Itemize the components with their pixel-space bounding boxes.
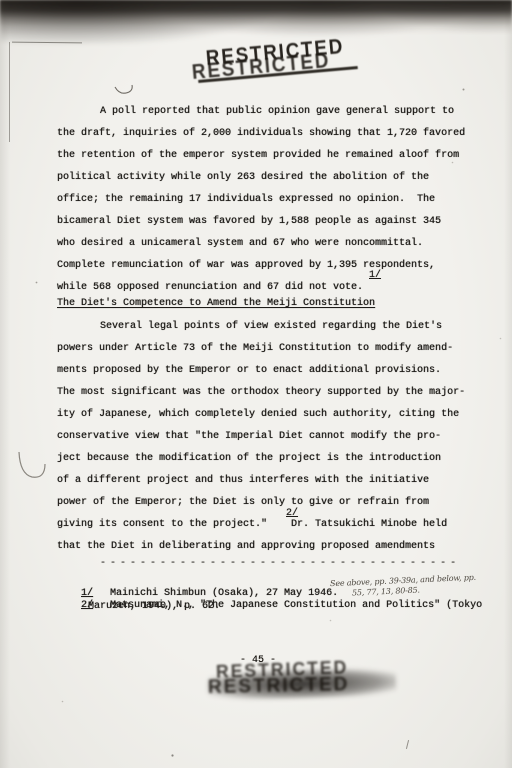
stamp-text: RESTRICTED [191, 49, 331, 85]
paper-specks [0, 0, 1, 1]
footnote-ref-1: 1/ [369, 270, 381, 281]
scan-smudge-band-overlay [0, 0, 512, 44]
scanned-document-page: RESTRICTED RESTRICTED A poll reported th… [0, 0, 512, 768]
restricted-stamp-top: RESTRICTED RESTRICTED [190, 46, 365, 108]
typed-line: ity of Japanese, which completely denied… [57, 410, 459, 420]
stamp-text: RESTRICTED [208, 674, 350, 699]
typed-line: who desired a unicameral system and 67 w… [57, 239, 423, 249]
stamp-text: RESTRICTED [205, 35, 345, 71]
typed-line: the retention of the emperor system prov… [57, 151, 459, 161]
typed-line: office; the remaining 17 individuals exp… [57, 195, 435, 205]
typed-line: Several legal points of view existed reg… [57, 322, 442, 332]
stamp-smear [208, 668, 397, 701]
typed-line: conservative view that "the Imperial Die… [57, 432, 441, 442]
typed-line: power of the Emperor; the Diet is only t… [57, 498, 429, 508]
stamp-text: RESTRICTED [216, 657, 349, 683]
footnote-separator: - - - - - - - - - - - - - - - - - - - - … [100, 558, 456, 569]
page-number: - 45 - [240, 655, 276, 666]
typed-line: while 568 opposed renunciation and 67 di… [57, 283, 363, 293]
footnote-ref-2: 2/ [286, 508, 298, 519]
stamp-strike-line [198, 66, 358, 83]
stray-pen-mark [406, 740, 409, 749]
typed-line: bicameral Diet system was favored by 1,5… [57, 217, 441, 227]
pencil-margin-mark [14, 446, 50, 486]
typed-line: giving its consent to the project." Dr. … [57, 520, 447, 530]
right-edge-shadow [504, 0, 512, 768]
typed-line: powers under Article 73 of the Meiji Con… [57, 344, 453, 354]
restricted-stamp-bottom: RESTRICTED RESTRICTED [206, 660, 401, 716]
typed-line: ject because the modification of the pro… [57, 454, 441, 464]
typed-line: that the Diet in deliberating and approv… [57, 542, 435, 552]
corner-line-vertical [9, 42, 10, 142]
typed-line: A poll reported that public opinion gave… [57, 107, 454, 117]
typed-line: the draft, inquiries of 2,000 individual… [57, 129, 465, 139]
section-heading: The Diet's Competence to Amend the Meiji… [57, 299, 375, 309]
pencil-check-mark [112, 82, 138, 98]
typed-line: ments proposed by the Emperor or to enac… [57, 366, 441, 376]
corner-line-horizontal [12, 42, 82, 44]
typed-line: The most significant was the orthodox th… [57, 388, 465, 398]
typed-line: political activity while only 263 desire… [57, 173, 429, 183]
footnote-2-continued: Maruzen, 1940), p. 62. [88, 601, 220, 612]
scan-smudge-band [0, 0, 512, 34]
typed-line: of a different project and thus interfer… [57, 476, 429, 486]
